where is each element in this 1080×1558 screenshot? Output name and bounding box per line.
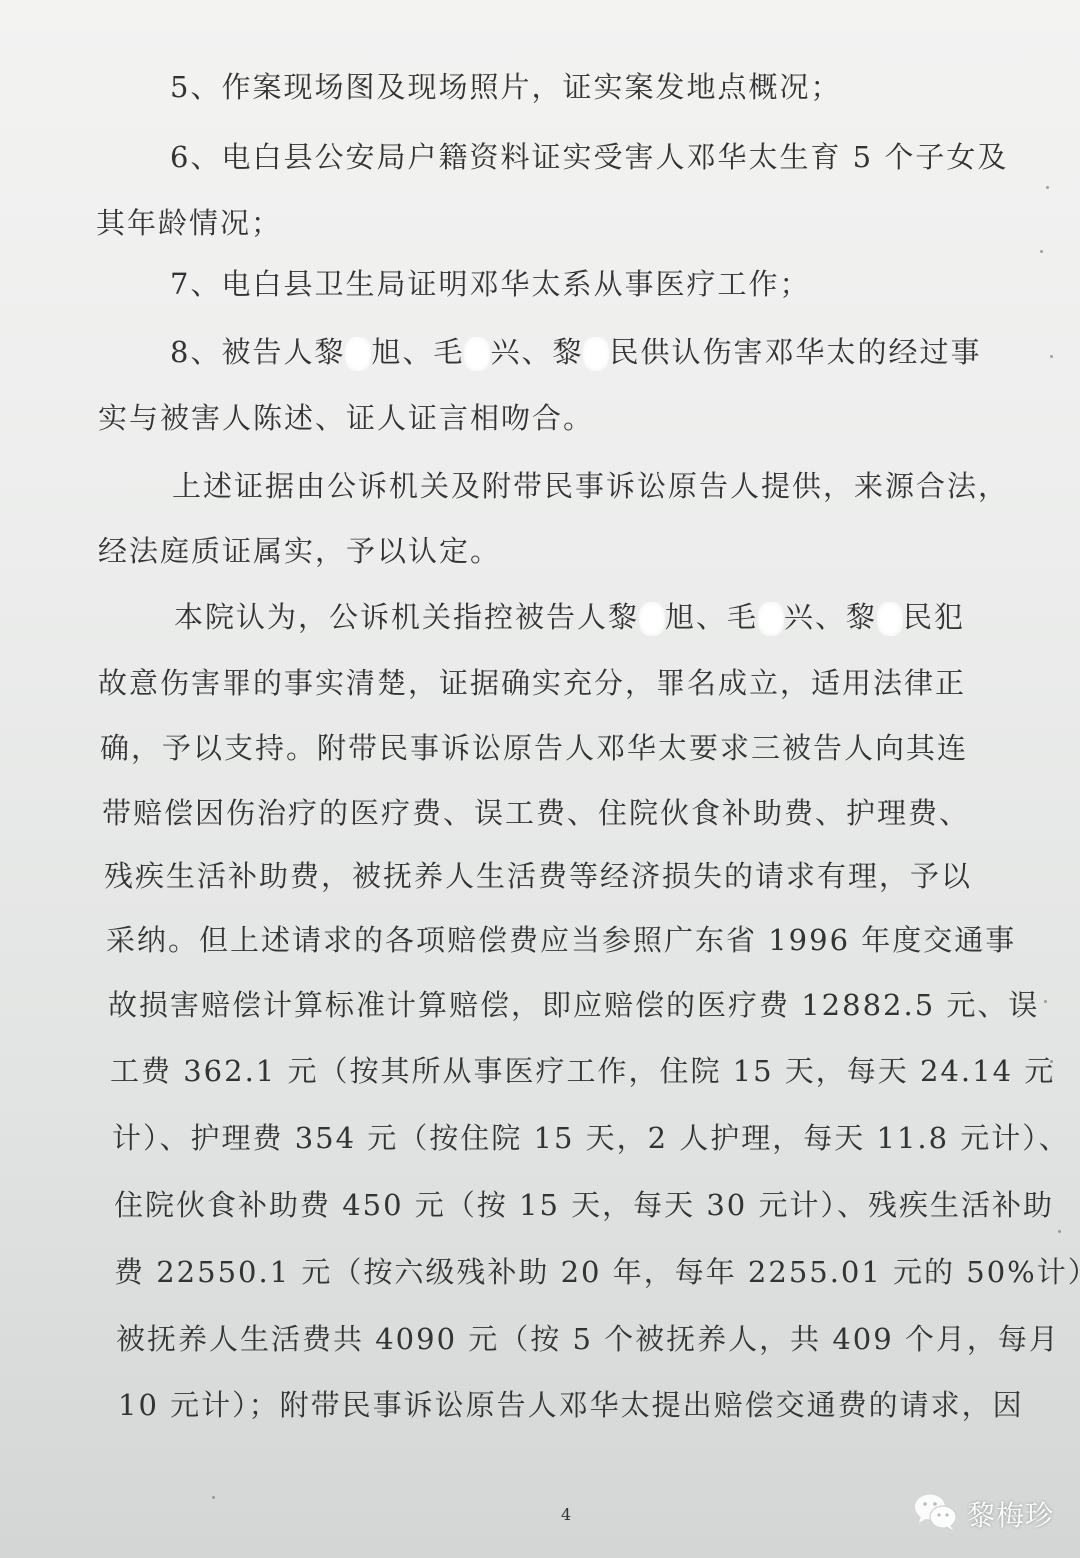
redaction-mark xyxy=(758,602,784,636)
watermark-label: 黎梅珍 xyxy=(967,1494,1054,1534)
redaction-mark xyxy=(464,337,490,371)
text-segment: 民供认伤害邓华太的经过事 xyxy=(609,335,981,369)
evidence-item-8: 8、被告人黎旭、毛兴、黎民供认伤害邓华太的经过事 xyxy=(170,332,982,372)
scan-speck xyxy=(1040,250,1043,253)
text-segment: 兴、黎 xyxy=(490,335,583,369)
court-opinion-line-2: 故意伤害罪的事实清楚，证据确实充分，罪名成立，适用法律正 xyxy=(98,663,966,703)
text-segment: 旭、毛 xyxy=(371,335,464,369)
document-page: 5、作案现场图及现场照片，证实案发地点概况； 6、电白县公安局户籍资料证实受害人… xyxy=(0,0,1080,1558)
court-opinion-line-7: 故损害赔偿计算标准计算赔偿，即应赔偿的医疗费 12882.5 元、误 xyxy=(108,985,1039,1025)
page-number: 4 xyxy=(561,1505,571,1524)
court-opinion-line-11: 费 22550.1 元（按六级残补助 20 年，每年 2255.01 元的 50… xyxy=(114,1252,1080,1292)
scan-speck xyxy=(212,1496,215,1499)
scan-speck xyxy=(1044,1000,1047,1003)
scan-speck xyxy=(1046,186,1049,189)
court-opinion-line-10: 住院伙食补助费 450 元（按 15 天，每天 30 元计）、残疾生活补助 xyxy=(114,1185,1054,1225)
scan-speck xyxy=(1058,1230,1061,1233)
text-segment: 8、被告人黎 xyxy=(170,335,345,369)
text-segment: 民犯 xyxy=(903,600,965,634)
court-opinion-line-12: 被抚养人生活费共 4090 元（按 5 个被抚养人，共 409 个月，每月 xyxy=(116,1319,1060,1359)
text-segment: 兴、黎 xyxy=(784,600,877,634)
wechat-icon xyxy=(913,1492,959,1536)
evidence-item-6-cont: 其年龄情况； xyxy=(96,203,282,243)
scan-speck xyxy=(1050,1060,1053,1063)
evidence-item-8-cont: 实与被害人陈述、证人证言相吻合。 xyxy=(98,398,594,438)
evidence-item-7: 7、电白县卫生局证明邓华太系从事医疗工作； xyxy=(170,264,810,304)
court-opinion-line-4: 带赔偿因伤治疗的医疗费、误工费、住院伙食补助费、护理费、 xyxy=(102,793,970,833)
redaction-mark xyxy=(583,337,609,371)
evidence-summary-cont: 经法庭质证属实，予以认定。 xyxy=(98,531,501,571)
redaction-mark xyxy=(345,337,371,371)
text-segment: 本院认为，公诉机关指控被告人黎 xyxy=(174,600,639,634)
evidence-summary: 上述证据由公诉机关及附带民事诉讼原告人提供，来源合法， xyxy=(172,466,1009,506)
text-segment: 旭、毛 xyxy=(665,600,758,634)
evidence-item-5: 5、作案现场图及现场照片，证实案发地点概况； xyxy=(170,67,841,107)
court-opinion-line-5: 残疾生活补助费，被抚养人生活费等经济损失的请求有理，予以 xyxy=(104,856,972,896)
evidence-item-6: 6、电白县公安局户籍资料证实受害人邓华太生育 5 个子女及 xyxy=(170,137,1008,177)
court-opinion-line-6: 采纳。但上述请求的各项赔偿费应当参照广东省 1996 年度交通事 xyxy=(106,920,1016,960)
court-opinion: 本院认为，公诉机关指控被告人黎旭、毛兴、黎民犯 xyxy=(174,597,965,637)
redaction-mark xyxy=(877,602,903,636)
court-opinion-line-8: 工费 362.1 元（按其所从事医疗工作，住院 15 天，每天 24.14 元 xyxy=(110,1051,1055,1091)
court-opinion-line-13: 10 元计）；附带民事诉讼原告人邓华太提出赔偿交通费的请求，因 xyxy=(118,1385,1024,1425)
scan-speck xyxy=(1050,355,1053,358)
wechat-watermark: 黎梅珍 xyxy=(913,1492,1054,1536)
redaction-mark xyxy=(639,602,665,636)
court-opinion-line-3: 确，予以支持。附带民事诉讼原告人邓华太要求三被告人向其连 xyxy=(100,728,968,768)
court-opinion-line-9: 计）、护理费 354 元（按住院 15 天，2 人护理，每天 11.8 元计）、 xyxy=(112,1118,1070,1158)
